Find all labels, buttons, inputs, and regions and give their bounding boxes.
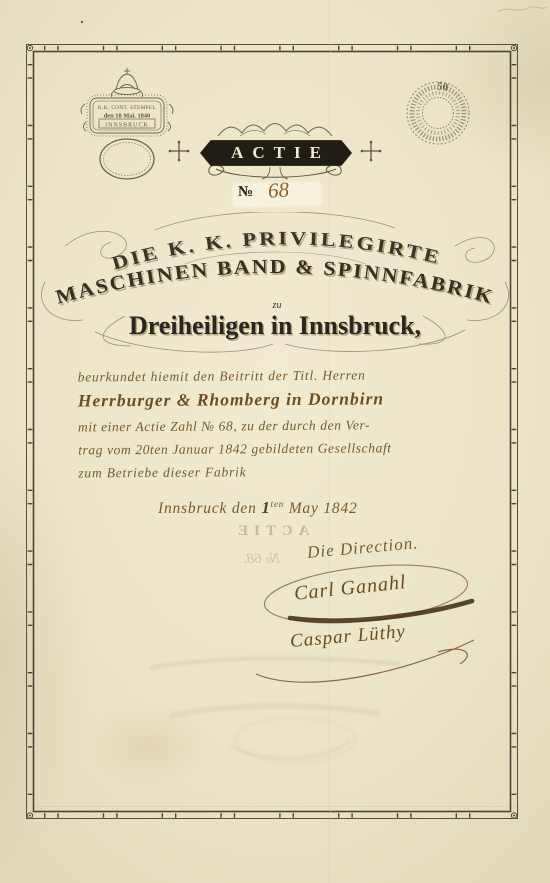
stamp-line-2: den 18 Mai. 1840 [104, 113, 151, 120]
dateline-day: 1 [261, 498, 270, 517]
actie-title-banner: ACTIE [200, 139, 352, 167]
body-line-1: beurkundet hiemit den Beitritt der Titl.… [78, 367, 498, 386]
body-line-3: mit einer Actie Zahl № 68, zu der durch … [78, 417, 498, 436]
pencil-mark [498, 7, 547, 12]
title-line-4: Dreiheiligen in Innsbruck, [129, 311, 421, 340]
embossed-seal: 50 [402, 76, 474, 148]
dateline-place: Innsbruck den [158, 500, 261, 517]
body-line-4: trag vom 20ten Januar 1842 gebildeten Ge… [78, 440, 498, 459]
seal-value: 50 [436, 80, 449, 93]
title-line-3: zu [272, 300, 282, 311]
bleedthrough-actie: ACTIE [232, 523, 310, 540]
stamp-line-1: K.K. CONT. STEMPEL [98, 105, 156, 111]
fold-line-horizontal [26, 806, 518, 807]
dateline: Innsbruck den 1ten May 1842 [158, 498, 358, 518]
share-number-value: 68 [267, 177, 290, 203]
share-certificate-document: K.K. CONT. STEMPEL den 18 Mai. 1840 INNS… [0, 0, 550, 883]
ink-speck [81, 21, 83, 23]
share-number-sign: № [238, 184, 253, 201]
right-floret-icon [362, 142, 380, 160]
body-line-2: Herrburger & Rhomberg in Dornbirn [78, 388, 498, 412]
company-title-block: DIE K. K. PRIVILEGIRTE MASCHINEN BAND & … [35, 212, 515, 357]
bleedthrough-script-smudges [110, 620, 430, 790]
dateline-rest: May 1842 [284, 500, 358, 517]
left-floret-icon [170, 142, 188, 160]
body-line-5: zum Betriebe dieser Fabrik [78, 463, 498, 482]
dateline-sup: ten [271, 499, 284, 509]
bleedthrough-number: № 68. [243, 551, 280, 568]
stamp-text: K.K. CONT. STEMPEL den 18 Mai. 1840 INNS… [98, 105, 156, 129]
stamp-line-3: INNSBRUCK [105, 123, 149, 129]
handwritten-body: beurkundet hiemit den Beitritt der Titl.… [78, 367, 499, 482]
